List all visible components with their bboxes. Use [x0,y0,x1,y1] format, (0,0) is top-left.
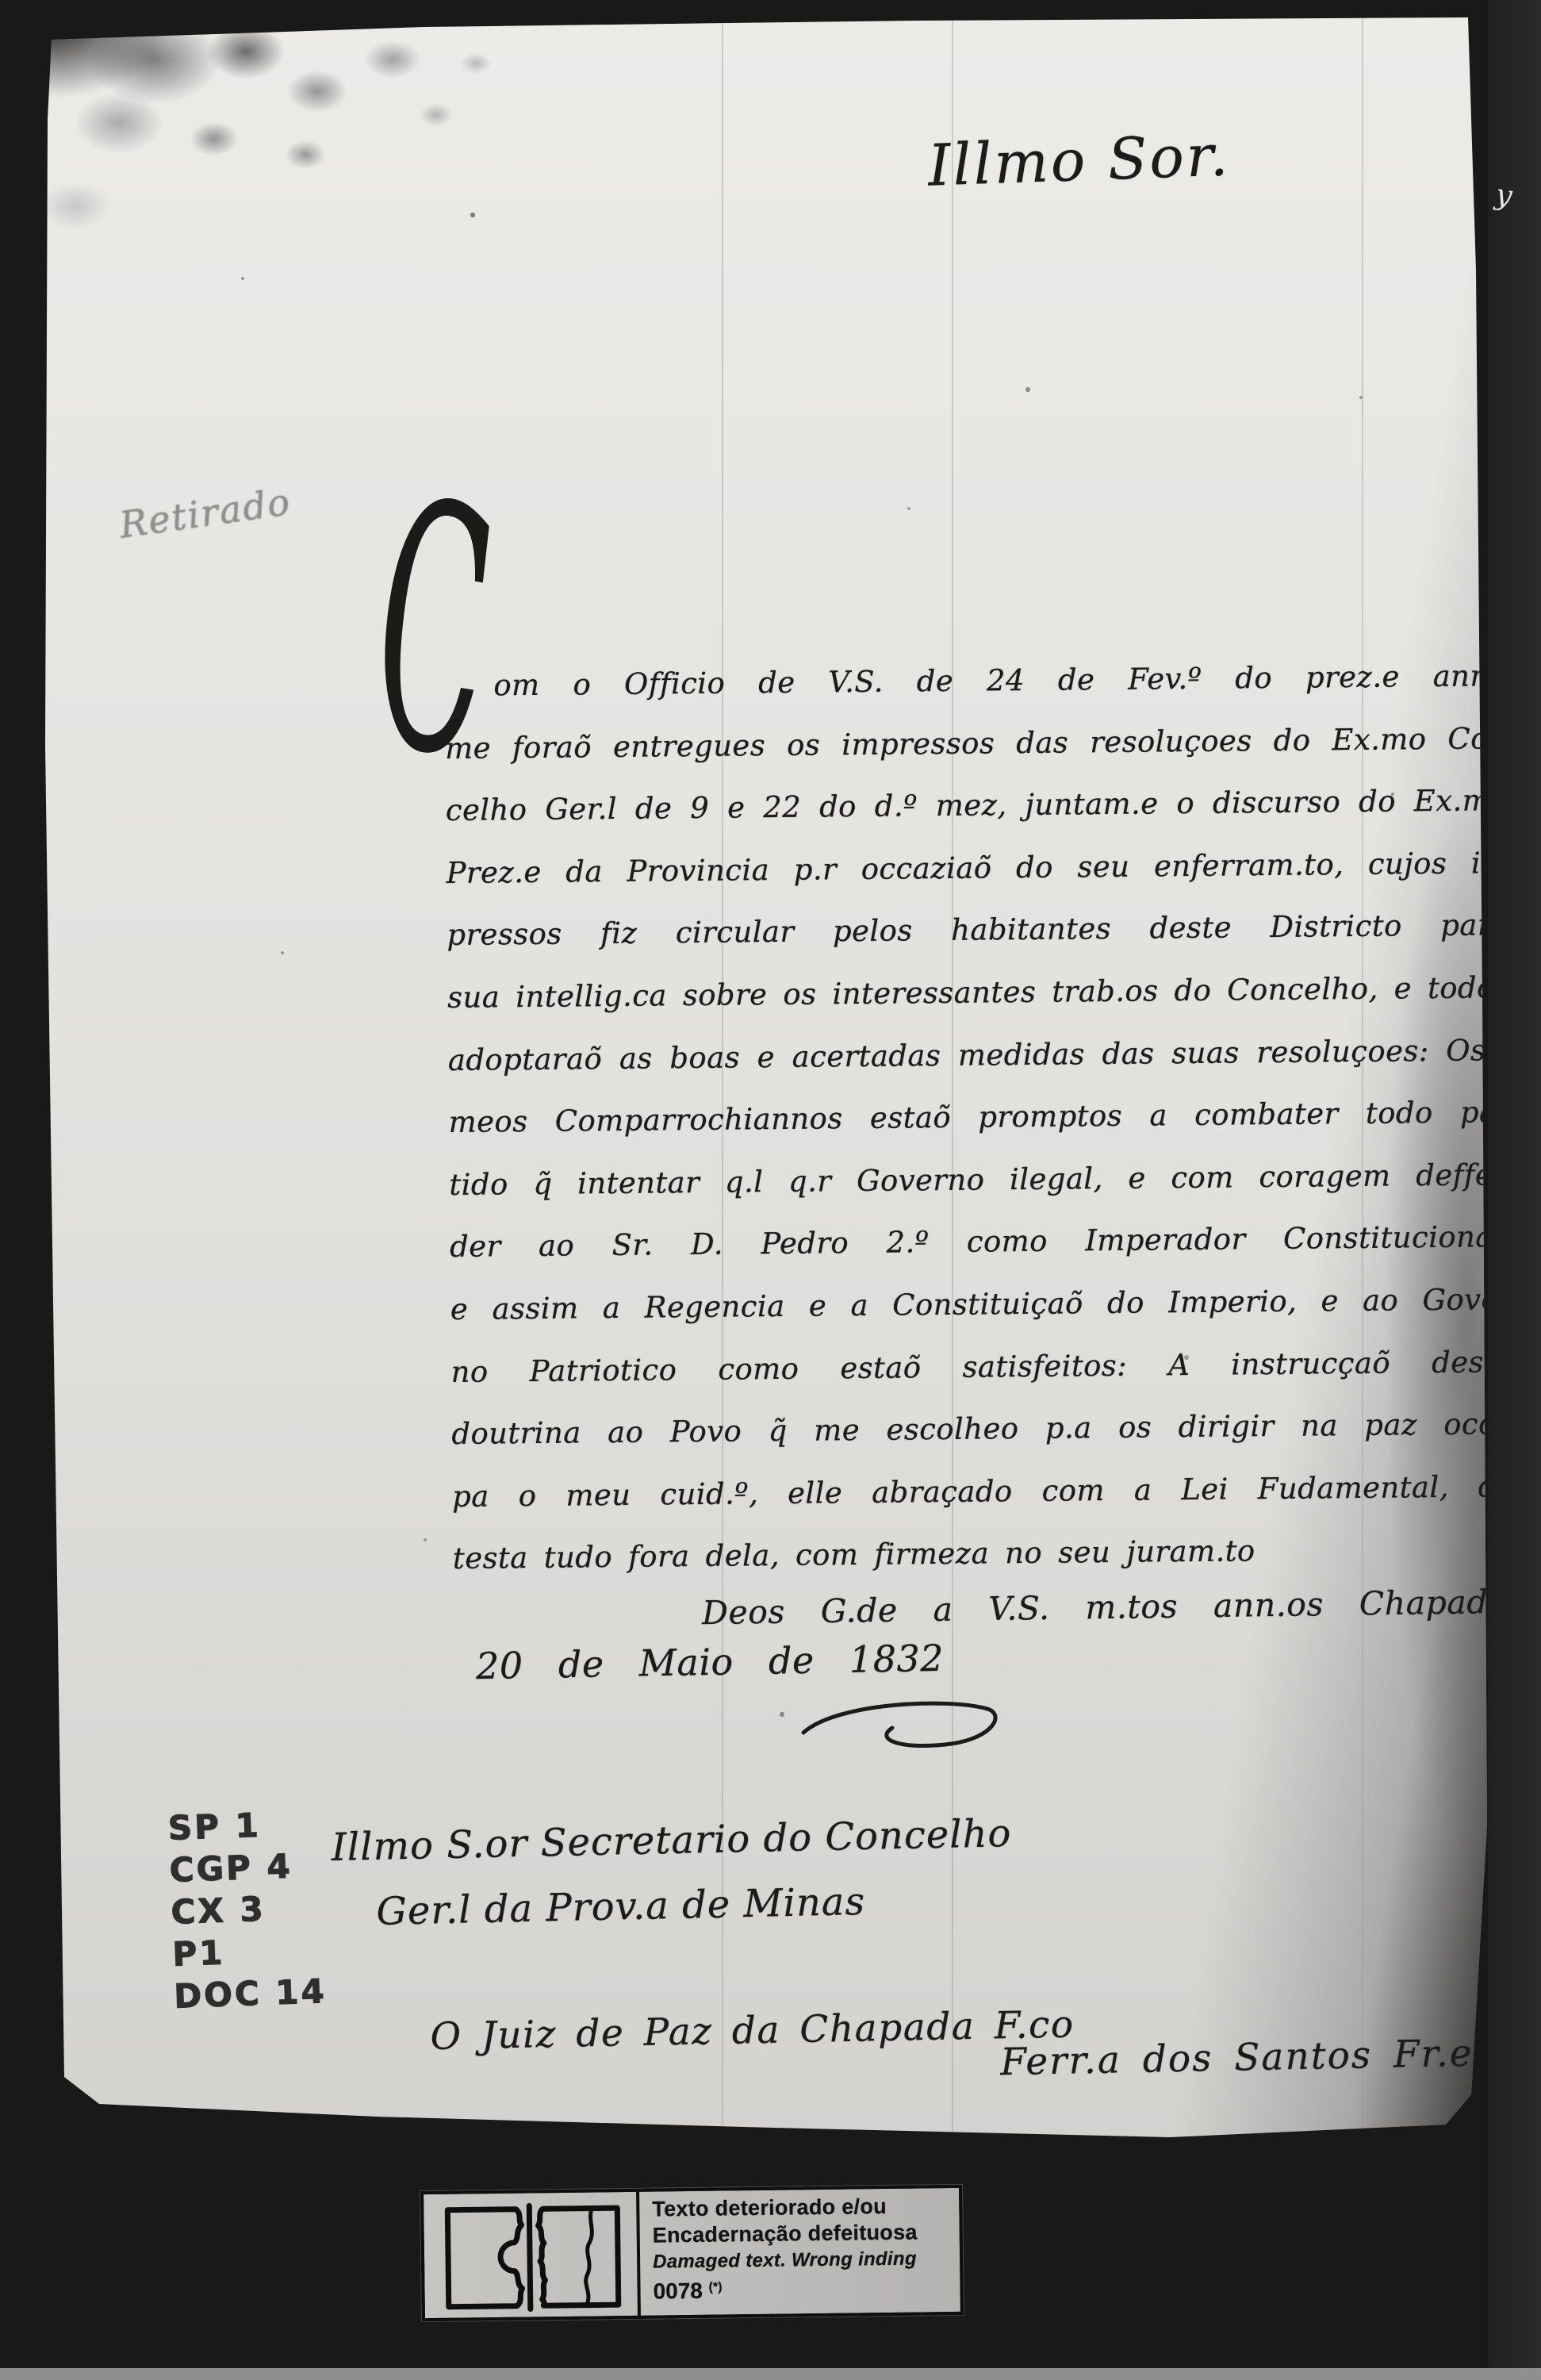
stamp-line-pt: Encadernação defeituosa [653,2219,954,2249]
pen-flourish-icon [797,1696,1011,1760]
manuscript-line: celho Ger.l de 9 e 22 do d.º mez, juntam… [446,770,1509,842]
damaged-book-icon [436,2197,628,2315]
address-line: Ger.l da Prov.a de Minas [332,1866,1014,1945]
manuscript-line: adoptaraõ as boas e acertadas medidas da… [448,1019,1512,1092]
stamp-line-pt: Texto deteriorado e/ou [652,2193,953,2223]
manuscript-line: doutrina ao Povo q̃ me escolheo p.a os d… [451,1393,1515,1465]
film-edge-band [1488,0,1541,2380]
signature-office: O Juiz de Paz da Chapada F.co [430,2002,1075,2059]
stamp-number-value: 0078 [653,2278,703,2304]
paper-specks [44,16,45,17]
manuscript-line: om o Officio de V.S. de 24 de Fev.º do p… [444,645,1508,717]
manuscript-body: om o Officio de V.S. de 24 de Fev.º do p… [444,645,1516,1591]
archival-codes: SP 1 CGP 4 CX 3 P1 DOC 14 [167,1802,328,2017]
manuscript-line: Prez.e da Provincia p.r occaziaõ do seu … [446,832,1509,904]
address-block: Illmo S.or Secretario do Concelho Ger.l … [331,1801,1014,1945]
manuscript-line: tido q̃ intentar q.l q.r Governo ilegal,… [449,1144,1512,1216]
stamp-number: 0078 (*) [653,2271,954,2305]
manuscript-line: testa tudo fora dela, com firmeza no seu… [453,1518,1516,1590]
stamp-divider [636,2192,641,2316]
stamp-number-note: (*) [709,2281,723,2294]
manuscript-line: me foraõ entregues os impressos das reso… [445,708,1508,780]
signature-line: O Juiz de Paz da Chapada F.co Ferr.a dos… [430,1994,1541,2118]
manuscript-line: no Patriotico como estaõ satisfeitos: A … [450,1331,1514,1403]
closing-line: Deos G.de a V.S. m.tos ann.os Chapada [702,1583,1508,1632]
marginal-note: Retirado [117,480,293,547]
manuscript-line: e assim a Regencia e a Constituiçaõ do I… [450,1269,1514,1341]
page-header: Illmo Sor. [927,121,1232,198]
manuscript-line: pressos fiz circular pelos habitantes de… [447,894,1510,966]
archival-code: P1 [172,1928,326,1975]
manuscript-paper: Illmo Sor. Retirado C om o Officio de V.… [44,16,1489,2150]
scanned-document-page: Illmo Sor. Retirado C om o Officio de V.… [0,0,1541,2380]
manuscript-line: der ao Sr. D. Pedro 2.º como Imperador C… [450,1206,1513,1278]
manuscript-line: pa o meu cuid.º, elle abraçado com a Lei… [452,1456,1516,1528]
archival-code: DOC 14 [173,1970,327,2017]
archival-code: SP 1 [167,1802,321,1849]
archival-code: CX 3 [171,1886,324,1933]
manuscript-line: meos Comparrochiannos estaõ promptos a c… [448,1081,1512,1154]
date-line: 20 de Maio de 1832 [476,1637,945,1687]
signature-name: Ferr.a dos Santos Fr.e [1000,2032,1474,2084]
stamp-line-en: Damaged text. Wrong inding [653,2245,954,2275]
damage-stamp-label: Texto deteriorado e/ou Encadernação defe… [420,2185,964,2321]
scan-bottom-strip [0,2368,1541,2380]
manuscript-line: sua intellig.ca sobre os interessantes t… [447,957,1511,1029]
stamp-text: Texto deteriorado e/ou Encadernação defe… [652,2193,955,2305]
archival-code: CGP 4 [169,1844,323,1891]
mould-stain [44,16,551,286]
